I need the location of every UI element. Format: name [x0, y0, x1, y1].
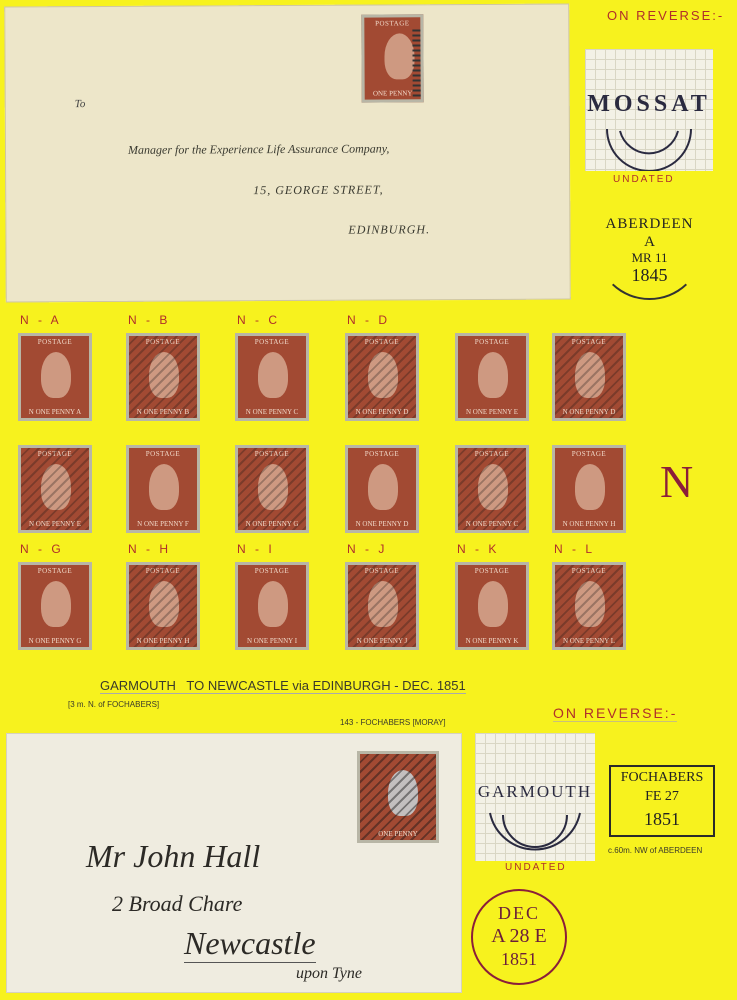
aberdeen-town: ABERDEEN — [599, 216, 700, 233]
queen-head-icon — [258, 352, 288, 398]
stamp-bottom-text: N ONE PENNY C — [458, 520, 526, 528]
on-reverse-label-bottom: ON REVERSE:- — [553, 705, 677, 722]
route-note: [3 m. N. of FOCHABERS] — [68, 700, 159, 709]
bottom-cover: ONE PENNY Mr John Hall 2 Broad Chare New… — [6, 733, 462, 993]
address-line-2: 15, GEORGE STREET, — [253, 182, 384, 198]
row-letter-n: N — [660, 455, 693, 508]
plate-position-label: N - K — [457, 542, 499, 556]
penny-red-stamp: POSTAGEN ONE PENNY H — [552, 445, 626, 533]
stamp-bottom-text: N ONE PENNY H — [555, 520, 623, 528]
stamp-bottom-text: N ONE PENNY F — [129, 520, 197, 528]
stamp-bottom-text: N ONE PENNY E — [21, 520, 89, 528]
stamp-bottom-text: N ONE PENNY D — [348, 520, 416, 528]
dec-1851-postmark: DEC A 28 E 1851 — [471, 889, 567, 985]
queen-head-icon — [478, 581, 508, 627]
stamp-top-text: POSTAGE — [348, 450, 416, 458]
penny-red-stamp: POSTAGEN ONE PENNY C — [235, 333, 309, 421]
fochabers-note: c.60m. NW of ABERDEEN — [608, 846, 702, 855]
stamp-bottom-text: N ONE PENNY D — [348, 408, 416, 416]
penny-red-stamp: POSTAGEN ONE PENNY J — [345, 562, 419, 650]
garmouth-undated-note: UNDATED — [505, 862, 567, 873]
stamp-bottom-text: N ONE PENNY J — [348, 637, 416, 645]
bar-cancel-icon — [458, 448, 526, 530]
queen-head-icon — [478, 352, 508, 398]
bar-cancel-icon — [360, 754, 436, 840]
stamp-bottom-text: N ONE PENNY L — [555, 637, 623, 645]
penny-red-stamp: POSTAGEN ONE PENNY G — [18, 562, 92, 650]
dec-line-2: A 28 E — [473, 925, 565, 948]
penny-red-stamp: POSTAGEN ONE PENNY F — [126, 445, 200, 533]
dec-line-3: 1851 — [473, 949, 565, 970]
bar-cancel-icon — [129, 336, 197, 418]
penny-red-stamp: POSTAGEN ONE PENNY H — [126, 562, 200, 650]
stamp-bottom-text: N ONE PENNY E — [458, 408, 526, 416]
penny-red-stamp: POSTAGEN ONE PENNY E — [455, 333, 529, 421]
cover-to-prefix: To — [75, 98, 86, 110]
bar-cancel-icon — [348, 336, 416, 418]
fochabers-town: FOCHABERS — [611, 770, 713, 786]
plate-position-label: N - I — [237, 542, 275, 556]
bar-cancel-icon — [238, 448, 306, 530]
recipient-line-3: Newcastle — [184, 925, 316, 963]
mossat-postmark-card: MOSSAT — [585, 49, 713, 171]
queen-head-icon — [384, 33, 414, 79]
stamp-top-text: POSTAGE — [21, 338, 89, 346]
bar-cancel-icon — [129, 565, 197, 647]
mossat-undated-note: UNDATED — [613, 174, 675, 185]
plate-position-label: N - L — [554, 542, 595, 556]
stamp-bottom-text: N ONE PENNY G — [238, 520, 306, 528]
stamp-bottom-text: N ONE PENNY C — [238, 408, 306, 416]
penny-red-stamp: POSTAGEN ONE PENNY D — [345, 445, 419, 533]
address-line-3: EDINBURGH. — [348, 222, 430, 237]
penny-red-stamp: POSTAGEN ONE PENNY D — [345, 333, 419, 421]
stamp-top-text: POSTAGE — [555, 450, 623, 458]
bottom-cover-stamp: ONE PENNY — [357, 751, 439, 843]
queen-head-icon — [258, 581, 288, 627]
route-title: GARMOUTH TO NEWCASTLE via EDINBURGH - DE… — [100, 678, 466, 694]
plate-position-label: N - C — [237, 313, 280, 327]
stamp-bottom-text: ONE PENNY — [360, 830, 436, 838]
on-reverse-label-top: ON REVERSE:- — [607, 8, 724, 23]
svg-text:MOSSAT: MOSSAT — [587, 91, 711, 117]
mossat-postmark-icon: MOSSAT — [585, 49, 713, 171]
recipient-line-4: upon Tyne — [296, 965, 362, 983]
stamp-top-text: POSTAGE — [364, 19, 420, 27]
stamp-top-text: POSTAGE — [238, 338, 306, 346]
garmouth-postmark-icon: GARMOUTH — [475, 733, 595, 861]
bar-cancel-marks — [412, 29, 420, 99]
plate-position-label: N - B — [128, 313, 170, 327]
penny-red-stamp: POSTAGEN ONE PENNY D — [552, 333, 626, 421]
aberdeen-letter: A — [599, 234, 700, 251]
stamp-bottom-text: N ONE PENNY K — [458, 637, 526, 645]
fochabers-postmark: FOCHABERS FE 27 1851 — [609, 765, 715, 837]
stamp-bottom-text: N ONE PENNY B — [129, 408, 197, 416]
stamp-top-text: POSTAGE — [238, 567, 306, 575]
fochabers-date: FE 27 — [611, 789, 713, 805]
stamp-bottom-text: N ONE PENNY I — [238, 637, 306, 645]
penny-red-stamp: POSTAGEN ONE PENNY I — [235, 562, 309, 650]
penny-red-stamp: POSTAGEN ONE PENNY B — [126, 333, 200, 421]
bar-cancel-icon — [21, 448, 89, 530]
top-cover: To Manager for the Experience Life Assur… — [4, 4, 571, 303]
bar-cancel-icon — [348, 565, 416, 647]
plate-position-label: N - H — [128, 542, 171, 556]
aberdeen-postmark: ABERDEEN A MR 11 1845 — [597, 200, 702, 300]
queen-head-icon — [41, 581, 71, 627]
cancel-note: 143 - FOCHABERS [MORAY] — [340, 718, 446, 727]
garmouth-postmark-card: GARMOUTH — [475, 733, 595, 861]
plate-position-label: N - G — [20, 542, 64, 556]
queen-head-icon — [41, 352, 71, 398]
plate-position-label: N - D — [347, 313, 390, 327]
bar-cancel-icon — [555, 565, 623, 647]
penny-red-stamp: POSTAGEN ONE PENNY C — [455, 445, 529, 533]
stamp-top-text: POSTAGE — [458, 338, 526, 346]
stamp-bottom-text: N ONE PENNY G — [21, 637, 89, 645]
queen-head-icon — [368, 464, 398, 510]
aberdeen-date: MR 11 — [599, 250, 700, 266]
plate-position-label: N - A — [20, 313, 62, 327]
queen-head-icon — [149, 464, 179, 510]
stamp-bottom-text: N ONE PENNY H — [129, 637, 197, 645]
penny-red-stamp: POSTAGEN ONE PENNY K — [455, 562, 529, 650]
fochabers-year: 1851 — [611, 809, 713, 830]
penny-red-stamp: POSTAGEN ONE PENNY A — [18, 333, 92, 421]
bar-cancel-icon — [555, 336, 623, 418]
stamp-bottom-text: N ONE PENNY D — [555, 408, 623, 416]
svg-text:GARMOUTH: GARMOUTH — [478, 782, 592, 801]
penny-red-stamp: POSTAGEN ONE PENNY G — [235, 445, 309, 533]
stamp-top-text: POSTAGE — [458, 567, 526, 575]
penny-red-stamp: POSTAGEN ONE PENNY E — [18, 445, 92, 533]
stamp-top-text: POSTAGE — [129, 450, 197, 458]
plate-position-label: N - J — [347, 542, 387, 556]
dec-line-1: DEC — [473, 903, 565, 924]
stamp-top-text: POSTAGE — [21, 567, 89, 575]
penny-red-stamp: POSTAGEN ONE PENNY L — [552, 562, 626, 650]
aberdeen-year: 1845 — [599, 265, 700, 286]
recipient-line-1: Mr John Hall — [86, 838, 260, 875]
recipient-line-2: 2 Broad Chare — [112, 891, 242, 917]
stamp-bottom-text: N ONE PENNY A — [21, 408, 89, 416]
queen-head-icon — [575, 464, 605, 510]
address-line-1: Manager for the Experience Life Assuranc… — [128, 141, 389, 157]
